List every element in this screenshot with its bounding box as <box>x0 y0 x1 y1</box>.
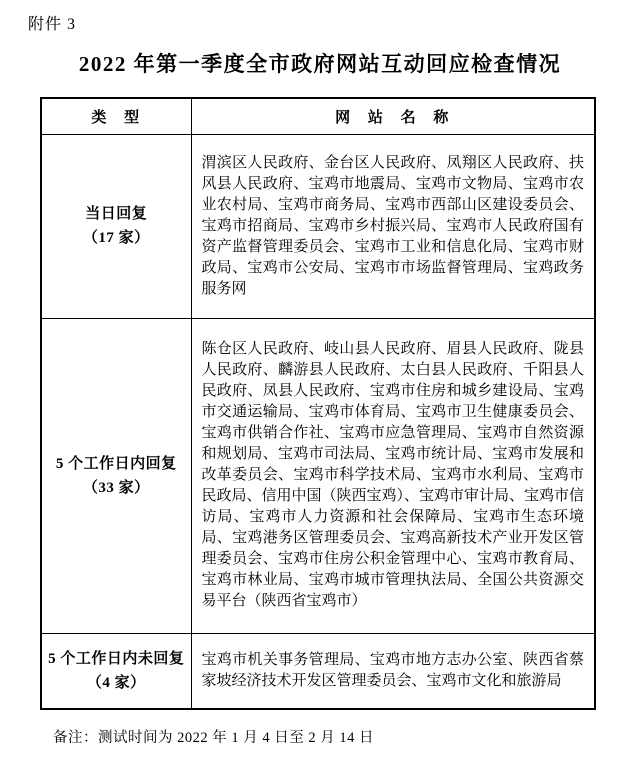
type-label: 5 个工作日内回复 <box>42 452 191 476</box>
websites-cell-within-5-days: 陈仓区人民政府、岐山县人民政府、眉县人民政府、陇县人民政府、麟游县人民政府、太白… <box>191 318 595 633</box>
response-check-table: 类 型 网 站 名 称 当日回复 （17 家） 渭滨区人民政府、金台区人民政府、… <box>40 97 596 710</box>
footnote: 备注：测试时间为 2022 年 1 月 4 日至 2 月 14 日 <box>53 726 374 747</box>
type-count: （4 家） <box>42 671 191 695</box>
type-label: 5 个工作日内未回复 <box>42 647 191 671</box>
table-row: 当日回复 （17 家） 渭滨区人民政府、金台区人民政府、凤翔区人民政府、扶风县人… <box>41 134 595 318</box>
type-cell-no-reply: 5 个工作日内未回复 （4 家） <box>41 633 191 709</box>
type-count: （17 家） <box>42 226 191 250</box>
type-cell-same-day: 当日回复 （17 家） <box>41 134 191 318</box>
table-row: 5 个工作日内未回复 （4 家） 宝鸡市机关事务管理局、宝鸡市地方志办公室、陕西… <box>41 633 595 709</box>
column-header-type: 类 型 <box>41 98 191 134</box>
page-title: 2022 年第一季度全市政府网站互动回应检查情况 <box>0 48 640 78</box>
websites-cell-no-reply: 宝鸡市机关事务管理局、宝鸡市地方志办公室、陕西省蔡家坡经济技术开发区管理委员会、… <box>191 633 595 709</box>
type-count: （33 家） <box>42 476 191 500</box>
websites-cell-same-day: 渭滨区人民政府、金台区人民政府、凤翔区人民政府、扶风县人民政府、宝鸡市地震局、宝… <box>191 134 595 318</box>
table-header-row: 类 型 网 站 名 称 <box>41 98 595 134</box>
column-header-website-name: 网 站 名 称 <box>191 98 595 134</box>
table-row: 5 个工作日内回复 （33 家） 陈仓区人民政府、岐山县人民政府、眉县人民政府、… <box>41 318 595 633</box>
document-page: 附件 3 2022 年第一季度全市政府网站互动回应检查情况 类 型 网 站 名 … <box>0 0 640 764</box>
type-label: 当日回复 <box>42 202 191 226</box>
attachment-label: 附件 3 <box>28 11 76 34</box>
type-cell-within-5-days: 5 个工作日内回复 （33 家） <box>41 318 191 633</box>
